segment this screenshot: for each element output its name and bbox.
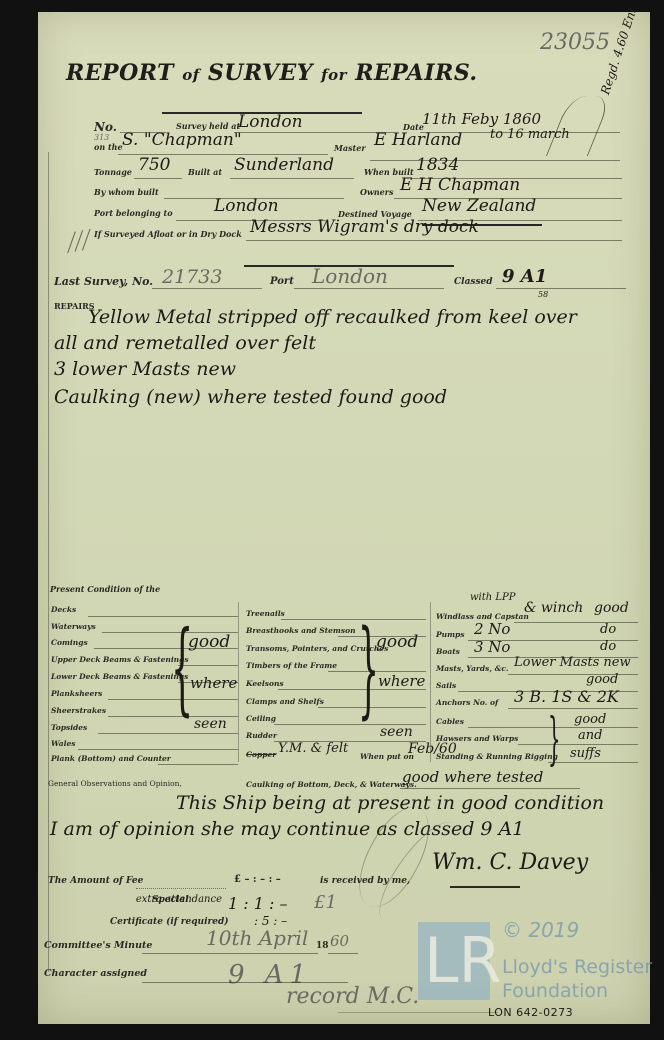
by-whom-label: By whom built <box>94 187 159 197</box>
condition-note: and <box>578 728 602 743</box>
condition-item: Ceiling <box>246 714 276 723</box>
afloat-value: Messrs Wigram's dry dock <box>250 217 479 237</box>
field-line <box>496 288 626 289</box>
copper-value: Y.M. & felt <box>278 741 348 756</box>
archive-reference: LON 642-0273 <box>488 1006 573 1019</box>
condition-note: good <box>586 672 618 687</box>
condition-value: 3 No <box>474 638 510 656</box>
brace-mark: } <box>548 712 560 768</box>
condition-item: Sheerstrakes <box>51 706 106 715</box>
column-divider <box>430 602 431 762</box>
field-line <box>548 762 638 763</box>
title-word: of <box>182 66 199 84</box>
port-label: Port <box>270 276 294 287</box>
tonnage-label: Tonnage <box>94 167 132 177</box>
lr-logo-text: LR <box>424 924 502 997</box>
field-line <box>88 616 238 617</box>
condition-item: Planksheers <box>51 689 102 698</box>
when-built-value: 1834 <box>416 155 459 175</box>
condition-item: Timbers of the Frame <box>246 661 337 670</box>
field-line <box>281 619 426 620</box>
field-line <box>246 240 622 241</box>
survey-document: 23055 REPORT of SURVEY for REPAIRS. Regd… <box>38 12 650 1024</box>
field-line <box>134 178 182 179</box>
record-note: record M.C. <box>286 984 419 1009</box>
fee-total-pencil: £1 <box>314 892 337 913</box>
special-handwritten: extra attendance <box>130 894 222 906</box>
condition-value: 3 B. 1S & 2K <box>514 687 619 706</box>
on-the-label: on the <box>94 142 123 152</box>
special-value: 1 : 1 : – <box>228 894 287 913</box>
condition-item: Waterways <box>51 622 96 631</box>
condition-note: where <box>378 672 425 690</box>
last-survey-label: Last Survey, No. <box>54 275 153 288</box>
destined-voyage-value: New Zealand <box>422 196 536 216</box>
column-divider <box>238 602 239 762</box>
port-belonging-value: London <box>214 196 279 216</box>
condition-item: Masts, Yards, &c. <box>436 664 509 673</box>
caulking-label: Caulking of Bottom, Deck, & Waterways. <box>246 780 417 789</box>
port-value: London <box>312 264 388 288</box>
condition-item: Lower Deck Beams & Fastenings <box>51 672 188 681</box>
condition-note: do <box>600 622 616 637</box>
classed-value: 9 A1 <box>502 266 547 287</box>
condition-note: good <box>574 712 606 727</box>
tonnage-value: 750 <box>138 155 170 175</box>
condition-item: Treenails <box>246 609 285 618</box>
classed-label: Classed <box>454 277 493 287</box>
no-value: 313 <box>94 133 109 142</box>
copper-label: Copper <box>246 750 276 759</box>
last-survey-value: 21733 <box>162 266 222 288</box>
margin-rule <box>48 152 49 972</box>
committee-minute-label: Committee's Minute <box>44 940 152 951</box>
afloat-label: If Surveyed Afloat or in Dry Dock <box>94 229 242 239</box>
title-word: REPAIRS. <box>355 60 477 86</box>
master-value: E Harland <box>374 130 462 150</box>
repairs-line: 3 lower Masts new <box>54 358 236 380</box>
field-line <box>234 132 394 133</box>
character-assigned-label: Character assigned <box>44 968 147 979</box>
condition-note: good <box>376 632 418 652</box>
no-label: No. <box>94 120 117 134</box>
condition-item: Keelsons <box>246 679 284 688</box>
windlass-above-note: with LPP <box>470 592 516 603</box>
condition-item: Wales <box>51 739 75 748</box>
condition-item: Upper Deck Beams & Fastenings <box>51 655 189 664</box>
field-line <box>328 953 358 954</box>
title-word: SURVEY <box>208 60 313 86</box>
signature-underline <box>450 886 520 888</box>
condition-note: good <box>594 600 629 616</box>
condition-item: Hawsers and Warps <box>436 734 518 743</box>
title-word: for <box>321 66 347 84</box>
field-line <box>294 288 444 289</box>
condition-value: & winch <box>524 600 583 616</box>
condition-item: Comings <box>51 638 88 647</box>
condition-note: seen <box>194 716 227 732</box>
title-word: REPORT <box>66 60 174 86</box>
field-line <box>518 744 638 745</box>
fee-amount-label: The Amount of Fee <box>48 876 143 886</box>
condition-note: seen <box>380 724 413 740</box>
field-line <box>152 288 262 289</box>
owners-value: E H Chapman <box>400 175 520 195</box>
field-line <box>508 674 638 675</box>
condition-item: Breasthooks and Stemson <box>246 626 356 635</box>
observation-line: This Ship being at present in good condi… <box>176 792 604 814</box>
flourish-mark <box>546 96 612 156</box>
date-value-extra: to 16 march <box>490 127 570 142</box>
pencil-stroke <box>338 1012 498 1013</box>
field-line <box>400 788 580 789</box>
minute-year-hand: 60 <box>330 932 349 950</box>
field-line <box>158 764 238 765</box>
condition-item: Standing & Running Rigging <box>436 752 558 761</box>
when-put-on-label: When put on <box>360 752 414 761</box>
condition-note: where <box>190 674 237 692</box>
committee-minute-value: 10th April <box>206 926 308 950</box>
repairs-line: Yellow Metal stripped off recaulked from… <box>88 306 577 328</box>
condition-heading: Present Condition of the <box>50 584 160 594</box>
condition-item: Plank (Bottom) and Counter <box>51 754 171 763</box>
date-value: 11th Feby 1860 <box>422 110 541 128</box>
repairs-line: Caulking (new) where tested found good <box>54 386 447 408</box>
classed-sub: 58 <box>538 290 548 299</box>
condition-note: do <box>600 639 616 654</box>
pencil-initials: ⧸⧸⧸ <box>64 228 90 257</box>
port-belonging-label: Port belonging to <box>94 208 173 218</box>
dotted-leader <box>136 887 226 889</box>
repairs-line: all and remetalled over felt <box>54 332 316 354</box>
field-line <box>142 982 348 983</box>
field-line <box>514 622 638 623</box>
master-label: Master <box>334 143 366 153</box>
watermark-org-line1: Lloyd's Register <box>502 956 652 978</box>
built-at-label: Built at <box>188 167 222 177</box>
watermark-copyright: © 2019 <box>502 918 579 942</box>
field-line <box>98 733 238 734</box>
condition-value: 2 No <box>474 620 510 638</box>
surveyor-signature: Wm. C. Davey <box>432 850 588 875</box>
ship-name-value: S. "Chapman" <box>122 130 242 150</box>
condition-item: Pumps <box>436 630 465 639</box>
survey-held-value: London <box>238 112 303 132</box>
fee-received-label: is received by me, <box>320 876 410 886</box>
archive-number: 23055 <box>540 30 610 55</box>
condition-item: Topsides <box>51 723 87 732</box>
condition-item: Sails <box>436 681 456 690</box>
condition-item: Rudder <box>246 731 277 740</box>
field-line <box>370 160 620 161</box>
field-line <box>142 953 318 954</box>
observations-label: General Observations and Opinion, <box>48 779 182 788</box>
caulking-value: good where tested <box>402 768 543 786</box>
fee-amount-value: £ – : – : – <box>234 874 281 885</box>
condition-item: Clamps and Shelfs <box>246 697 324 706</box>
page-title: REPORT of SURVEY for REPAIRS. <box>66 60 478 86</box>
field-line <box>230 178 354 179</box>
condition-note: good <box>188 632 230 652</box>
lr-logo-icon: LR <box>418 922 490 1000</box>
built-at-value: Sunderland <box>234 155 334 175</box>
condition-item: Boats <box>436 647 460 656</box>
owners-label: Owners <box>360 187 393 197</box>
condition-item: Anchors No. of <box>436 698 498 707</box>
field-line <box>508 708 638 709</box>
minute-year-print: 18 <box>316 941 329 951</box>
condition-value: Lower Masts new <box>514 655 631 670</box>
condition-item: Cables <box>436 717 464 726</box>
watermark-org-line2: Foundation <box>502 980 608 1002</box>
condition-item: Decks <box>51 605 76 614</box>
condition-note: suffs <box>570 746 601 761</box>
field-line <box>78 749 238 750</box>
